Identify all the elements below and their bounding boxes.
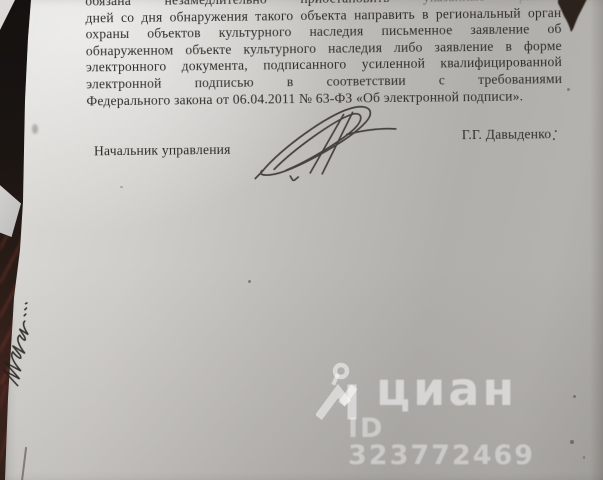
paper-speck [570, 440, 574, 444]
signer-name: Г.Г. Давыденко [462, 126, 552, 143]
ink-dots [555, 130, 559, 142]
paper-speck [573, 395, 576, 398]
cian-house-pin-icon [316, 362, 364, 420]
paper-speck [248, 280, 251, 283]
watermark: циан ID 323772469 [316, 360, 566, 452]
dark-notch-top-right [551, 0, 593, 39]
paragraph: обязана незамедлительно приостановить ук… [85, 0, 562, 110]
paper-smudge [32, 124, 38, 134]
watermark-brand-text: циан [376, 366, 517, 412]
signature-scribble [251, 100, 400, 182]
paper-speck [567, 88, 570, 91]
photo-of-document: обязана незамедлительно приостановить ук… [0, 0, 603, 480]
paper-speck [120, 186, 123, 188]
watermark-listing-id: ID 323772469 [348, 415, 566, 469]
paper-speck [583, 456, 585, 459]
signer-title: Начальник управления [94, 142, 231, 160]
